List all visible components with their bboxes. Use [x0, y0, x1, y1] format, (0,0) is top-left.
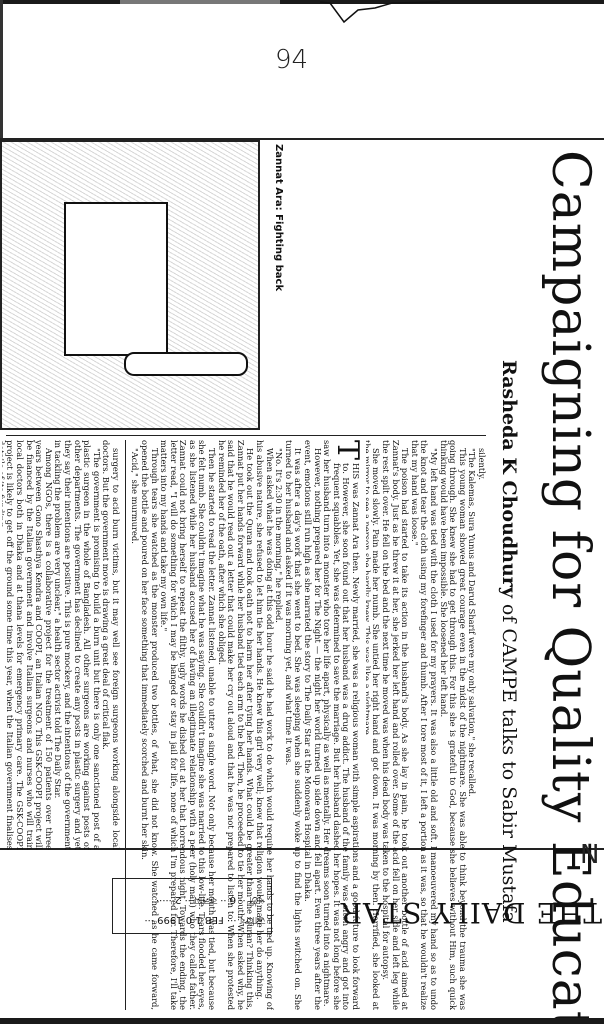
byline-author: Rasheda K Choudhury: [498, 360, 520, 598]
article-column-1: surgery to acid burn victims, but it may…: [2, 440, 120, 850]
column-divider: [6, 435, 486, 436]
stamp-column-label: কলাম: [194, 894, 217, 905]
photo-detail: [64, 202, 168, 356]
byline: Rasheda K Choudhury of CAMPE talks to Sa…: [498, 360, 520, 923]
drop-cap: T: [334, 440, 360, 460]
photo-zannat-ara: [0, 140, 260, 430]
byline-rest: of CAMPE talks to Sabir Mustafa: [498, 598, 520, 923]
stamp-date-label: তারিখ: [240, 914, 265, 925]
paragraph: Among NGOs, there is a collaborative pro…: [2, 440, 53, 850]
torn-paper-edge: [320, 0, 440, 30]
photo-caption: Zannat Ara: Fighting back: [273, 144, 284, 291]
stamp-date: FEB 1 0 1999: [157, 914, 224, 925]
paragraph: However, nothing prepared her for The Ni…: [302, 440, 321, 1010]
newspaper-masthead: THE DAILY STAR: [340, 896, 602, 929]
stamp-page-label: পৃষ্ঠা: [249, 894, 265, 905]
paragraph: It was after a day's work that she went …: [283, 440, 302, 1010]
stamp-column-value: 2: [175, 894, 181, 905]
handwritten-check-mark: N: [580, 840, 599, 870]
scan-top-edge-gap: [120, 0, 280, 4]
handwritten-page-number: 94: [275, 45, 308, 75]
photo-detail: [124, 352, 248, 376]
paragraph: surgery to acid burn victims, but it may…: [101, 440, 120, 850]
scan-top-edge: [0, 0, 604, 4]
scan-bottom-edge: [0, 1018, 604, 1024]
stamp-page-value: 6: [230, 894, 236, 905]
date-stamp: তারিখ ··· FEB 1 0 1999 ··· পৃষ্ঠা ·· 6 ·…: [112, 878, 272, 934]
paragraph: "No. It's 2:30 in the morning," he repli…: [274, 440, 284, 1010]
scan-left-edge: [0, 0, 3, 140]
headline: Campaigning for Quality Education: [540, 150, 600, 1010]
paragraph: "The government is promising to build a …: [53, 440, 101, 850]
article-clipping: Campaigning for Quality Education Rashed…: [0, 140, 604, 1020]
